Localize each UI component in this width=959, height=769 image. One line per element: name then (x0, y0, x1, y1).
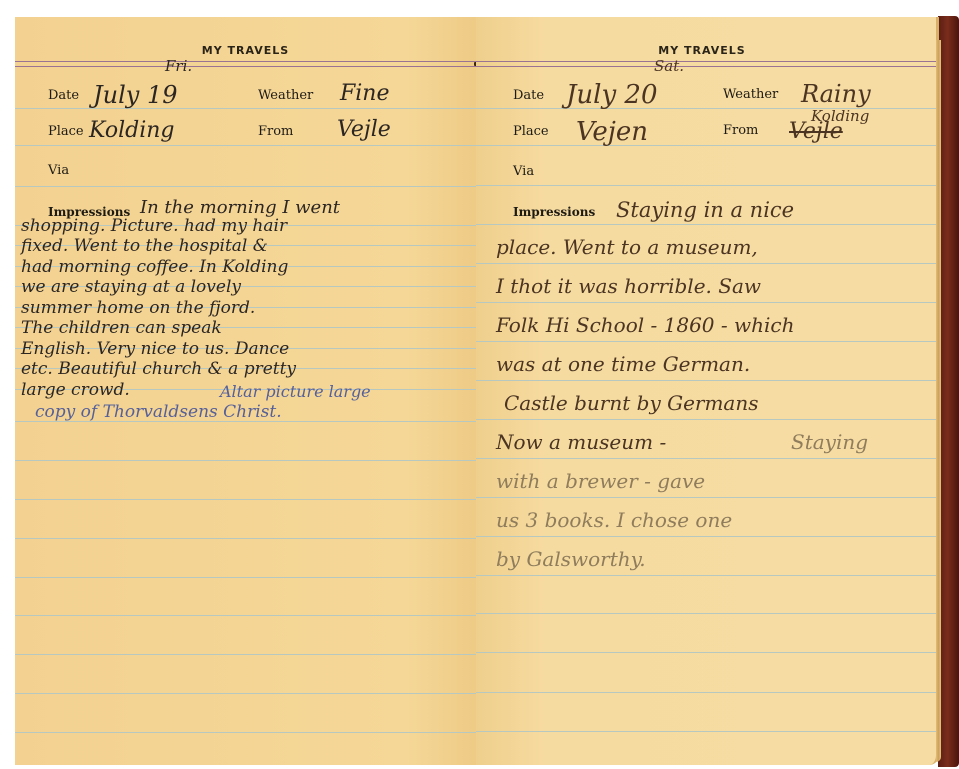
ruled-line (15, 577, 476, 578)
via-label: Via (48, 163, 69, 178)
impressions-line: summer home on the fjord. (21, 298, 255, 318)
date-label: Date (513, 88, 544, 103)
place-value: Kolding (89, 118, 175, 143)
impressions-line: Castle burnt by Germans (504, 391, 759, 415)
ruled-line (476, 692, 936, 693)
impressions-line-blue: copy of Thorvaldsens Christ. (35, 402, 282, 422)
impressions-line-faded: with a brewer - gave (496, 469, 705, 493)
date-day: Sat. (654, 57, 684, 75)
impressions-line: we are staying at a lovely (21, 277, 241, 297)
right-page: MY TRAVELS Date July 20 Sat. Weather Rai… (476, 17, 939, 765)
weather-label: Weather (723, 87, 778, 102)
impressions-label: Impressions (513, 205, 595, 219)
ruled-line (476, 458, 936, 459)
ruled-line (15, 615, 476, 616)
header-double-rule (15, 61, 476, 67)
weather-value: Fine (340, 81, 390, 106)
impressions-line: Staying in a nice (616, 198, 794, 222)
book-cover-edge (938, 16, 959, 767)
ruled-line (476, 302, 936, 303)
ruled-line (15, 732, 476, 733)
ruled-line (476, 536, 936, 537)
impressions-line: Folk Hi School - 1860 - which (496, 313, 794, 337)
ruled-line (476, 575, 936, 576)
impressions-line: In the morning I went (140, 197, 340, 218)
impressions-line: had morning coffee. In Kolding (21, 257, 288, 277)
page-header-title: MY TRAVELS (476, 44, 932, 57)
ruled-line (476, 263, 936, 264)
impressions-line: etc. Beautiful church & a pretty (21, 359, 296, 379)
ruled-line (476, 731, 936, 732)
impressions-line-faded: Staying (791, 430, 868, 454)
date-value: July 20 (566, 80, 658, 110)
impressions-line-faded: by Galsworthy. (496, 547, 646, 571)
impressions-line: shopping. Picture. had my hair (21, 216, 287, 236)
page-header-title: MY TRAVELS (15, 44, 476, 57)
impressions-line-blue: Altar picture large (220, 382, 371, 401)
impressions-line: fixed. Went to the hospital & (21, 236, 268, 256)
from-value: Vejle (337, 117, 391, 142)
from-label: From (723, 123, 758, 138)
ruled-line (15, 108, 476, 109)
date-value: July 19 (93, 81, 177, 109)
ruled-line (476, 652, 936, 653)
impressions-line: large crowd. (21, 380, 130, 400)
ruled-line (476, 224, 936, 225)
ruled-line (15, 693, 476, 694)
from-value: Kolding (811, 107, 869, 125)
date-day: Fri. (165, 57, 192, 75)
place-label: Place (48, 124, 84, 139)
ruled-line (15, 538, 476, 539)
impressions-line: was at one time German. (496, 352, 750, 376)
weather-value: Rainy (801, 80, 871, 108)
header-double-rule (476, 61, 936, 67)
place-label: Place (513, 124, 549, 139)
impressions-line: place. Went to a museum, (496, 235, 758, 259)
ruled-line (476, 185, 936, 186)
place-value: Vejen (576, 117, 648, 147)
ruled-line (15, 186, 476, 187)
impressions-line: English. Very nice to us. Dance (21, 339, 289, 359)
impressions-line: Now a museum - (496, 430, 666, 454)
ruled-line (15, 654, 476, 655)
date-label: Date (48, 88, 79, 103)
page-stack-edge (936, 40, 941, 762)
ruled-line (476, 419, 936, 420)
ruled-line (15, 460, 476, 461)
ruled-line (15, 145, 476, 146)
impressions-line-faded: us 3 books. I chose one (496, 508, 732, 532)
weather-label: Weather (258, 88, 313, 103)
impressions-line: The children can speak (21, 318, 222, 338)
ruled-line (476, 497, 936, 498)
ruled-line (476, 380, 936, 381)
from-label: From (258, 124, 293, 139)
via-label: Via (513, 164, 534, 179)
ruled-line (476, 145, 936, 146)
ruled-line (476, 613, 936, 614)
impressions-line: I thot it was horrible. Saw (496, 274, 761, 298)
ruled-line (476, 341, 936, 342)
left-page: MY TRAVELS Date July 19 Fri. Weather Fin… (15, 17, 476, 765)
ruled-line (15, 499, 476, 500)
